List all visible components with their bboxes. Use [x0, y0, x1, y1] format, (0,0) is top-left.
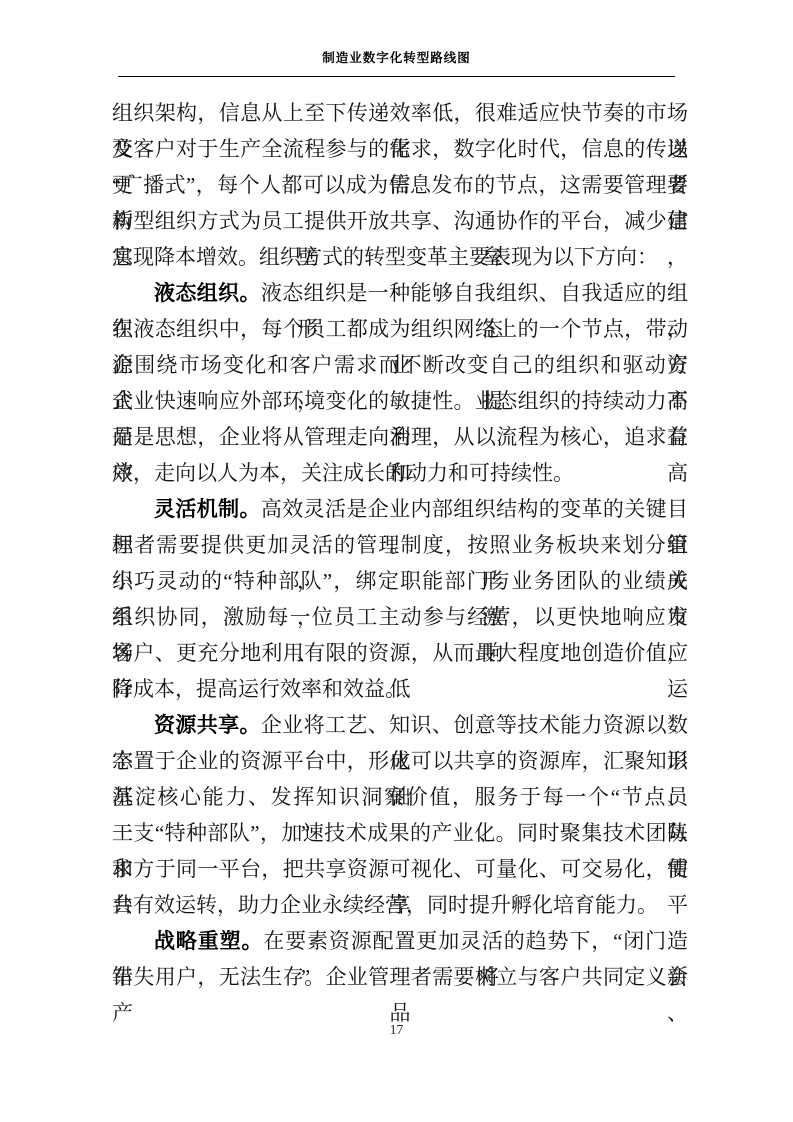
text-line: 小巧灵动的“特种部队”，绑定职能部门与业务团队的业绩关系，激发 [112, 563, 688, 599]
text-line: 而是思想，企业将从管理走向治理，从以流程为核心，追求有序和高 [112, 419, 688, 455]
paragraph-flexible-mechanism: 灵活机制。高效灵活是企业内部组织结构的变革的关键目标。管理者需要提供更加灵活的管… [112, 491, 688, 707]
paragraph-org-structure-continuation: 组织架构，信息从上至下传递效率低，很难适应快节奏的市场变化以及客户对于生产全流程… [112, 95, 688, 275]
text-line: 及客户对于生产全流程参与的需求，数字化时代，信息的传递更需要 [112, 131, 688, 167]
text-line: 灵活机制。高效灵活是企业内部组织结构的变革的关键目标。管 [112, 491, 688, 527]
text-line: 组织架构，信息从上至下传递效率低，很难适应快节奏的市场变化以 [112, 95, 688, 131]
text-line: 求方于同一平台，把共享资源可视化、可量化、可交易化，使共享平 [112, 851, 688, 887]
page-number: 17 [0, 1022, 793, 1038]
text-line: 台有效运转，助力企业永续经营，同时提升孵化培育能力。 [112, 887, 688, 923]
paragraph-lead: 资源共享。 [154, 713, 261, 737]
text-line: 组织协同，激励每一位员工主动参与经营，以更快地响应市场、响应 [112, 599, 688, 635]
text-line: 源围绕市场变化和客户需求而不断改变自己的组织和驱动方式，提高 [112, 347, 688, 383]
text-line: 理者需要提供更加灵活的管理制度，按照业务板块来划分组织，形成 [112, 527, 688, 563]
text-line: 错失用户，无法生存。企业管理者需要树立与客户共同定义新产品、 [112, 959, 688, 995]
text-line: 实现降本增效。组织方式的转型变革主要表现为以下方向： [112, 239, 688, 275]
page-header-title: 制造业数字化转型路线图 [118, 48, 675, 77]
paragraph-liquid-organization: 液态组织。液态组织是一种能够自我组织、自我适应的组织形态，在液态组织中，每个员工… [112, 275, 688, 491]
document-body: 组织架构，信息从上至下传递效率低，很难适应快节奏的市场变化以及客户对于生产全流程… [112, 95, 688, 995]
text-line: 液态组织。液态组织是一种能够自我组织、自我适应的组织形态， [112, 275, 688, 311]
text-line: 资源共享。企业将工艺、知识、创意等技术能力资源以数字化形 [112, 707, 688, 743]
text-line: 新型组织方式为员工提供开放共享、沟通协作的平台，减少信息壁垒， [112, 203, 688, 239]
paragraph-resource-sharing: 资源共享。企业将工艺、知识、创意等技术能力资源以数字化形态置于企业的资源平台中，… [112, 707, 688, 923]
paragraph-lead: 灵活机制。 [154, 497, 261, 521]
text-line: 企业快速响应外部环境变化的敏捷性。业态组织的持续动力不是利益 [112, 383, 688, 419]
document-page: 制造业数字化转型路线图 组织架构，信息从上至下传递效率低，很难适应快节奏的市场变… [0, 0, 793, 1122]
paragraph-lead: 液态组织。 [154, 281, 261, 305]
text-line: 态置于企业的资源平台中，形成可以共享的资源库，汇聚知识基础、 [112, 743, 688, 779]
paragraph-strategy-reshaping: 战略重塑。在要素资源配置更加灵活的趋势下，“闭门造车”将会错失用户，无法生存。企… [112, 923, 688, 995]
text-line: 战略重塑。在要素资源配置更加灵活的趋势下，“闭门造车”将会 [112, 923, 688, 959]
text-line: 在液态组织中，每个员工都成为组织网络上的一个节点，带动企业资 [112, 311, 688, 347]
text-line: 沉淀核心能力、发挥知识洞察价值，服务于每一个“节点员工”、每 [112, 779, 688, 815]
text-line: 客户、更充分地利用有限的资源，从而最大程度地创造价值，降低运 [112, 635, 688, 671]
text-line: 一支“特种部队”，加速技术成果的产业化。同时聚集技术团队和需 [112, 815, 688, 851]
paragraph-lead: 战略重塑。 [154, 929, 263, 953]
text-line: “广播式”，每个人都可以成为信息发布的节点，这需要管理者构建 [112, 167, 688, 203]
